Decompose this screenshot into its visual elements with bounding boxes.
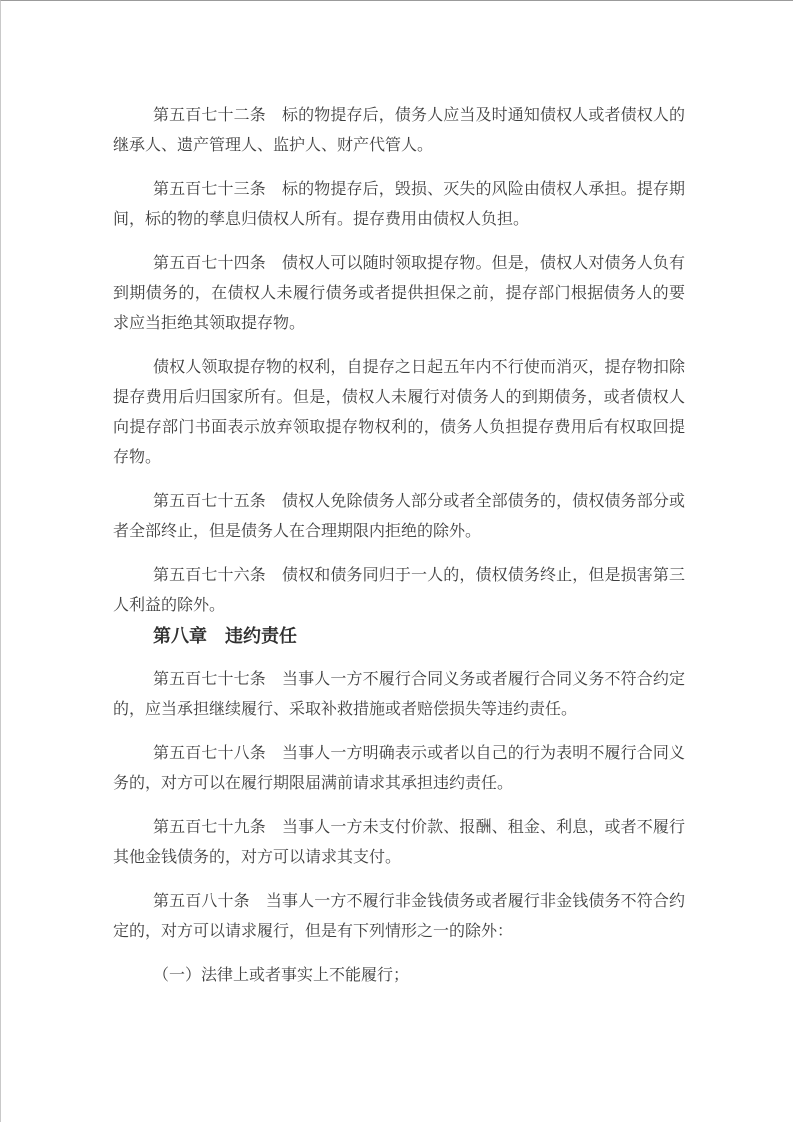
continuation-paragraph: 债权人领取提存物的权利，自提存之日起五年内不行使而消灭，提存物扣除提存费用后归国… bbox=[113, 353, 685, 473]
article-paragraph: 第五百七十六条 债权和债务同归于一人的，债权债务终止，但是损害第三人利益的除外。 bbox=[113, 561, 685, 621]
article-paragraph: 第五百七十五条 债权人免除债务人部分或者全部债务的，债权债务部分或者全部终止，但… bbox=[113, 487, 685, 547]
document-body: 第五百七十二条 标的物提存后，债务人应当及时通知债权人或者债权人的继承人、遗产管… bbox=[113, 101, 685, 991]
article-paragraph: 第五百七十七条 当事人一方不履行合同义务或者履行合同义务不符合约定的，应当承担继… bbox=[113, 665, 685, 725]
article-paragraph: 第五百七十三条 标的物提存后，毁损、灭失的风险由债权人承担。提存期间，标的物的孳… bbox=[113, 175, 685, 235]
document-page: 第五百七十二条 标的物提存后，债务人应当及时通知债权人或者债权人的继承人、遗产管… bbox=[0, 0, 793, 1122]
article-paragraph: 第五百七十二条 标的物提存后，债务人应当及时通知债权人或者债权人的继承人、遗产管… bbox=[113, 101, 685, 161]
article-paragraph: 第五百八十条 当事人一方不履行非金钱债务或者履行非金钱债务不符合约定的，对方可以… bbox=[113, 887, 685, 947]
article-paragraph: 第五百七十八条 当事人一方明确表示或者以自己的行为表明不履行合同义务的，对方可以… bbox=[113, 739, 685, 799]
article-paragraph: 第五百七十四条 债权人可以随时领取提存物。但是，债权人对债务人负有到期债务的，在… bbox=[113, 249, 685, 339]
list-item-paragraph: （一）法律上或者事实上不能履行； bbox=[113, 961, 685, 991]
article-paragraph: 第五百七十九条 当事人一方未支付价款、报酬、租金、利息，或者不履行其他金钱债务的… bbox=[113, 813, 685, 873]
chapter-heading: 第八章 违约责任 bbox=[113, 621, 685, 651]
